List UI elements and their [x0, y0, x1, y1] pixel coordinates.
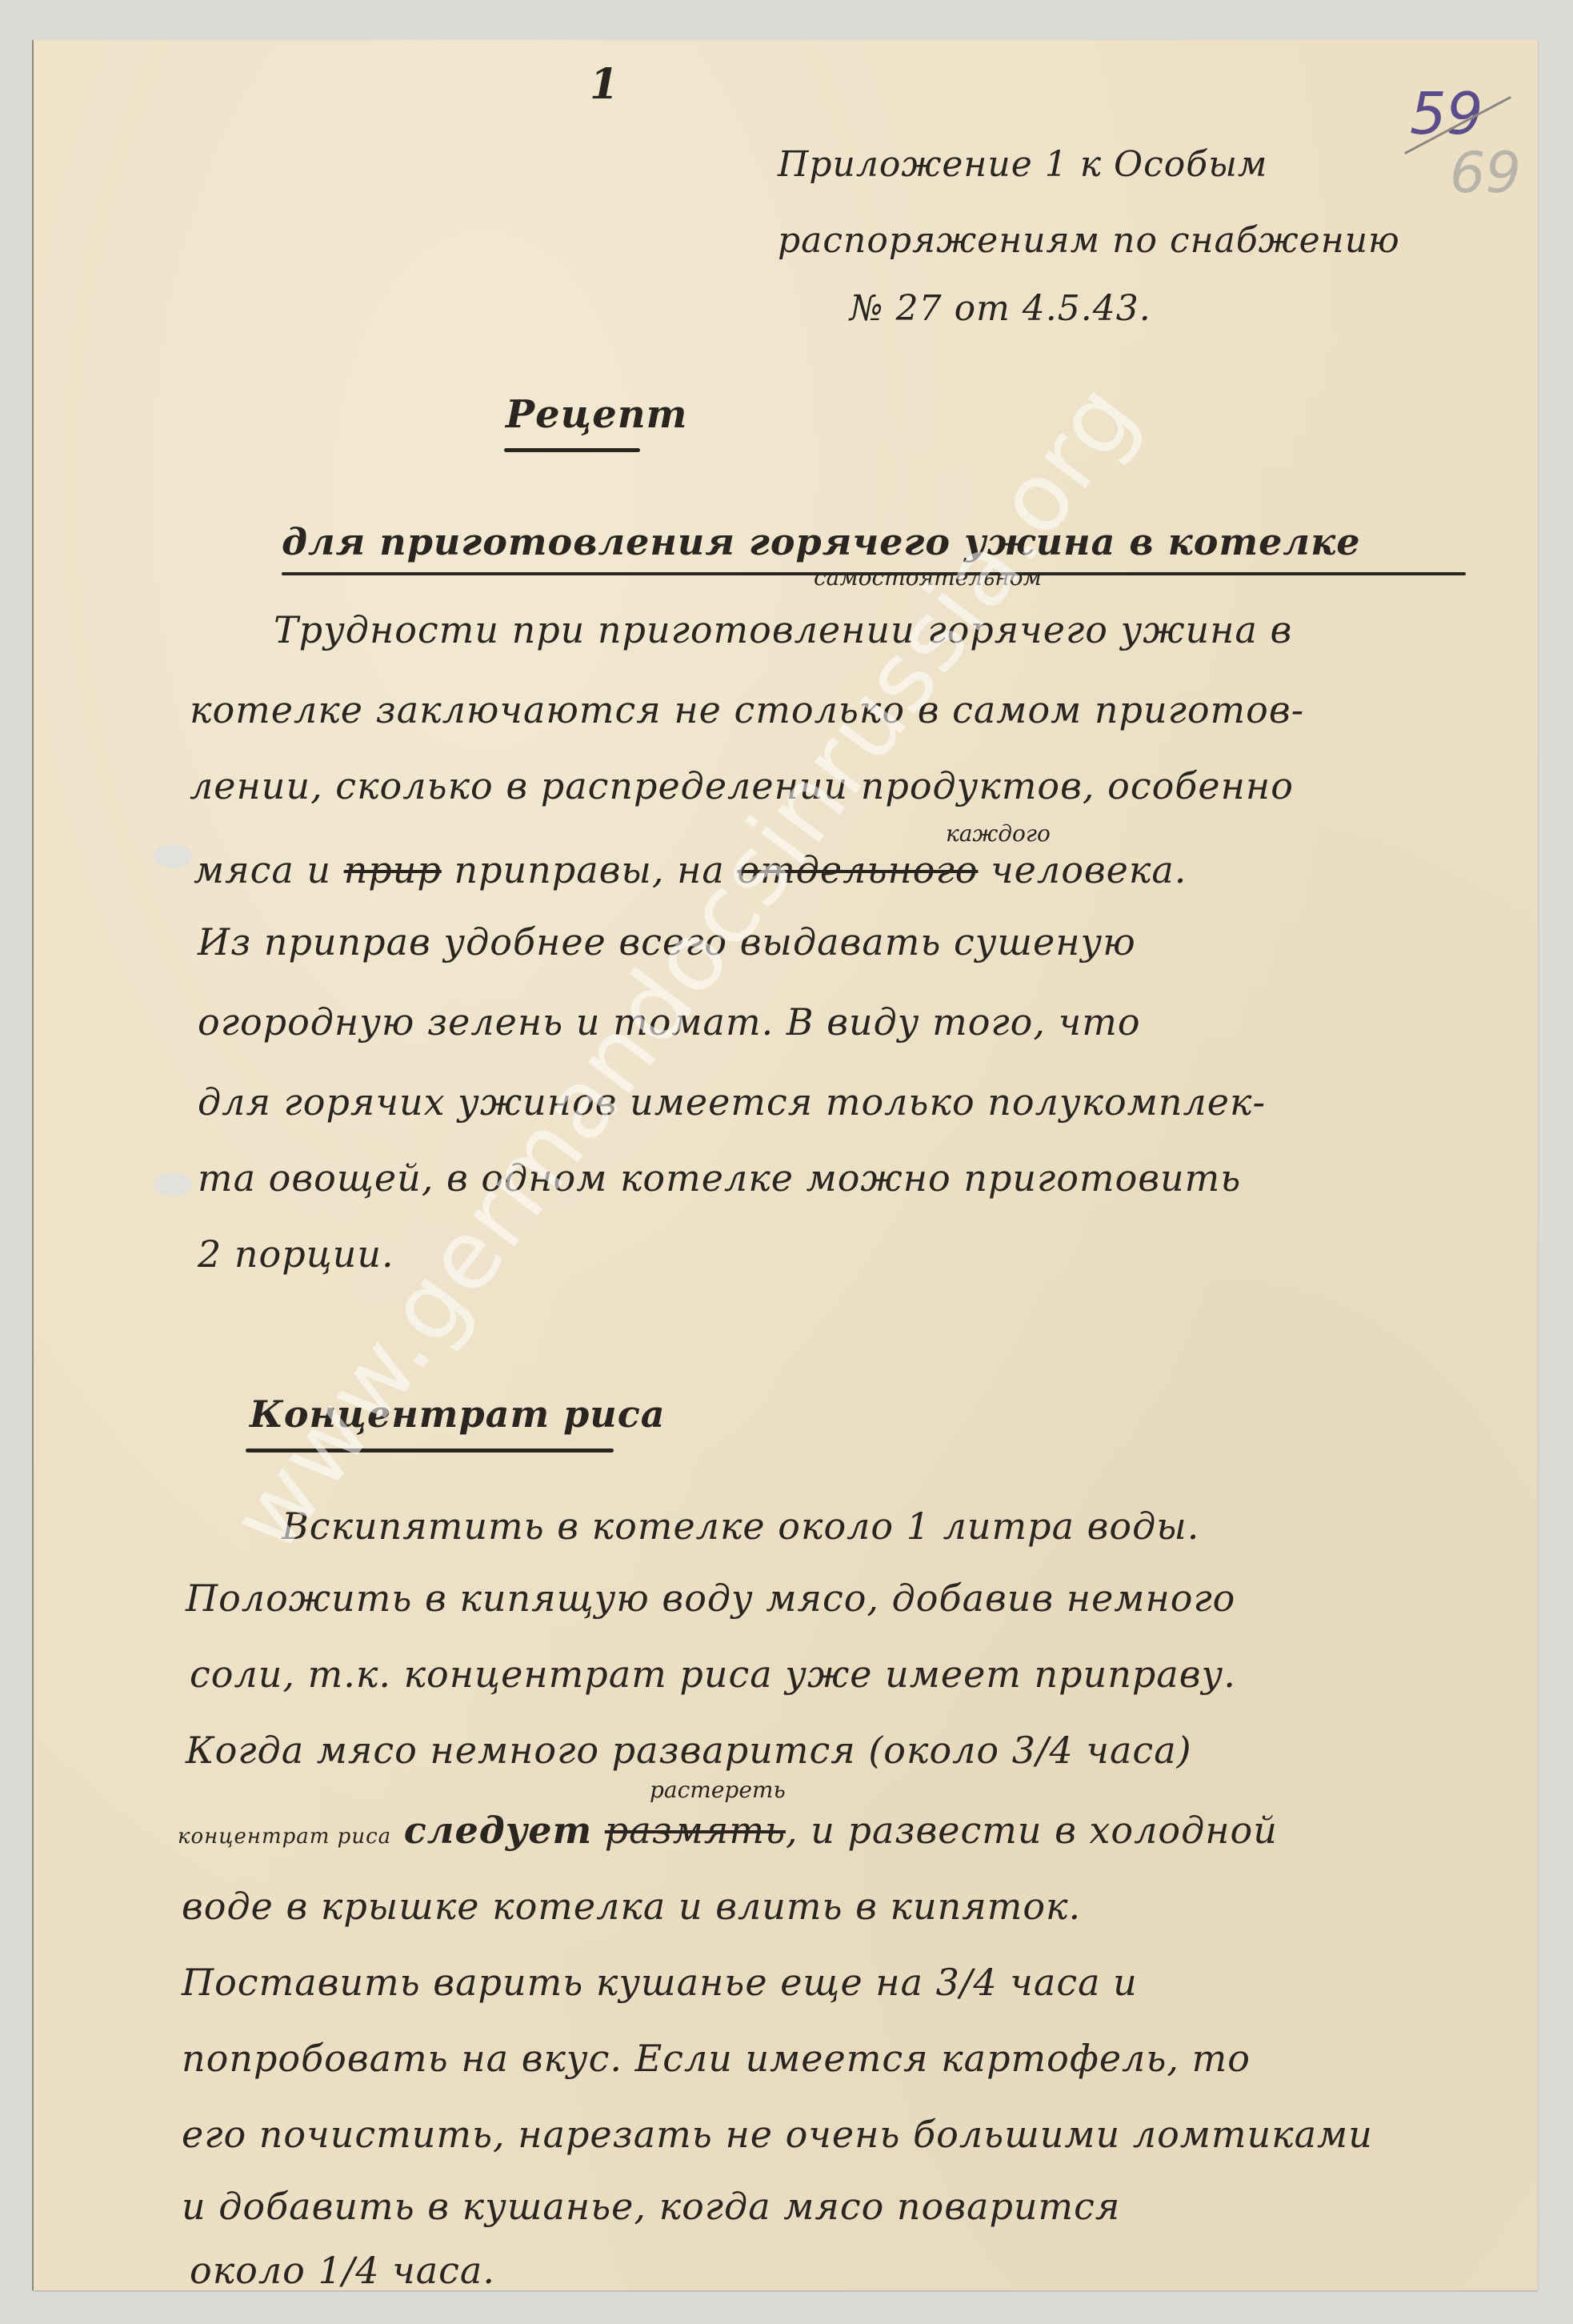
struck-word-1: прир: [344, 848, 442, 892]
s2-line-5-b: , и развести в холодной: [786, 1809, 1278, 1852]
s2-line-10: и добавить в кушанье, когда мясо поварит…: [182, 2185, 1120, 2228]
punch-hole-bottom: [154, 1172, 192, 1196]
s2-line-6: воде в крышке котелка и влить в кипяток.: [182, 1885, 1081, 1928]
s2-line-11: около 1/4 часа.: [190, 2249, 495, 2290]
header-line-2: распоряжениям по снабжению: [778, 220, 1400, 261]
title-sub: для приготовления горячего ужина в котел…: [282, 520, 1360, 563]
p1-line-4-a: мяса и: [194, 848, 331, 892]
archive-folio-number: 59 69: [1410, 80, 1506, 200]
archive-number-pencil: 69: [1450, 140, 1521, 206]
s2-line-8: попробовать на вкус. Если имеется картоф…: [182, 2037, 1251, 2080]
p1-line-1: Трудности при приготовлении горячего ужи…: [274, 608, 1292, 651]
p1-line-9: 2 порции.: [198, 1232, 394, 1276]
s2-line-5: концентрат риса следует размять, и разве…: [178, 1809, 1278, 1852]
margin-insertion: концентрат риса: [178, 1825, 391, 1849]
p1-line-2: котелке заключаются не столько в самом п…: [190, 688, 1304, 731]
s2-line-4: Когда мясо немного разварится (около 3/4…: [186, 1729, 1192, 1772]
struck-word-3: размять: [605, 1809, 786, 1852]
s2-line-3: соли, т.к. концентрат риса уже имеет при…: [190, 1653, 1236, 1696]
p1-line-7: для горячих ужинов имеется только полуко…: [198, 1080, 1266, 1124]
insertion-above-3: растереть: [650, 1777, 786, 1803]
document-page: 1 59 69 Приложение 1 к Особым распоряжен…: [34, 40, 1538, 2290]
title-main: Рецепт: [506, 392, 687, 437]
archive-number-struck: 59: [1410, 80, 1483, 147]
header-line-1: Приложение 1 к Особым: [778, 144, 1267, 185]
s2-line-1: Вскипятить в котелке около 1 литра воды.: [282, 1505, 1199, 1548]
p1-line-4-c: человека.: [991, 848, 1187, 892]
s2-line-7: Поставить варить кушанье еще на 3/4 часа…: [182, 1961, 1138, 2004]
page-number: 1: [590, 60, 619, 109]
p1-line-8: та овощей, в одном котелке можно пригото…: [198, 1156, 1241, 1200]
title-underline: [504, 448, 640, 452]
s2-line-2: Положить в кипящую воду мясо, добавив не…: [186, 1577, 1235, 1620]
header-line-3: № 27 от 4.5.43.: [850, 288, 1151, 329]
s2-line-9: его почистить, нарезать не очень большим…: [182, 2113, 1373, 2156]
insertion-above-2: каждого: [946, 820, 1051, 847]
punch-hole-top: [154, 844, 192, 868]
s2-line-5-a: следует: [404, 1809, 592, 1852]
